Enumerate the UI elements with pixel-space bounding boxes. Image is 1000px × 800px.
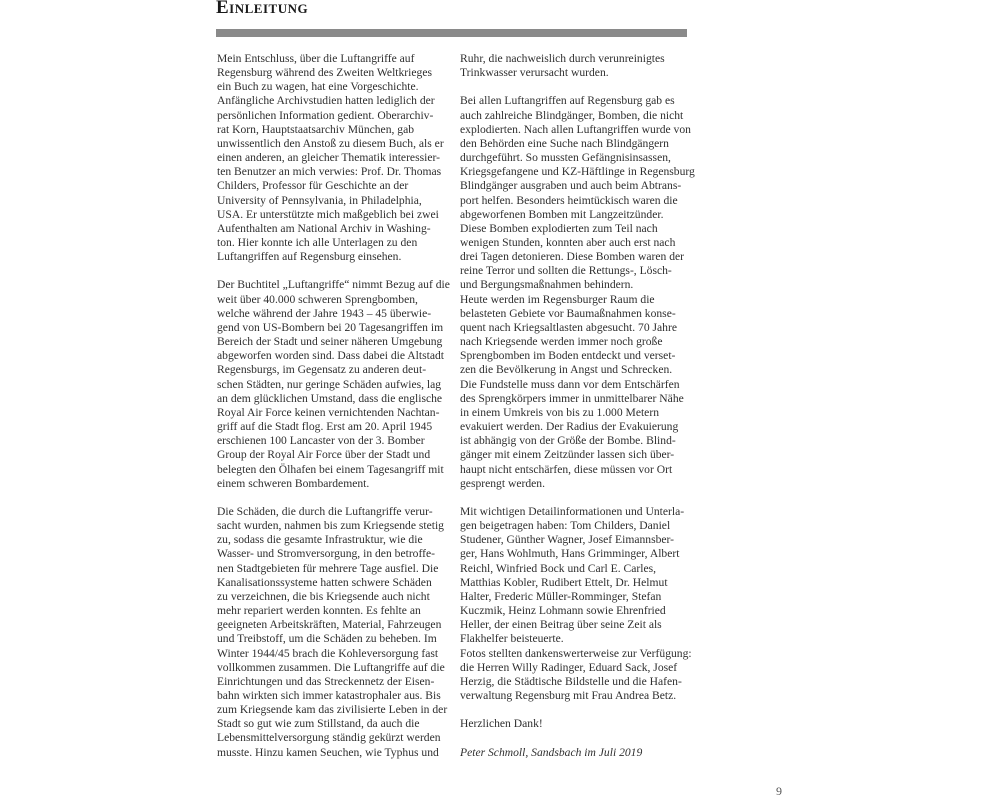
- text-line: und Bergungsmaßnahmen behindern.: [460, 278, 695, 292]
- text-line: Herzlichen Dank!: [460, 717, 695, 731]
- text-line: ist abhängig von der Größe der Bombe. Bl…: [460, 434, 695, 448]
- paragraph-intro: Mein Entschluss, über die Luftangriffe a…: [217, 52, 452, 264]
- text-line: durchgeführt. So mussten Gefängnisinsass…: [460, 151, 695, 165]
- text-line: an dem glücklichen Umstand, dass die eng…: [217, 392, 452, 406]
- text-line: drei Tagen detonieren. Diese Bomben ware…: [460, 250, 695, 264]
- text-line: Mein Entschluss, über die Luftangriffe a…: [217, 52, 452, 66]
- text-line: Anfängliche Archivstudien hatten ledigli…: [217, 94, 452, 108]
- right-column: Ruhr, die nachweislich durch verunreinig…: [460, 52, 695, 760]
- text-line: Heller, der einen Beitrag über seine Zei…: [460, 618, 695, 632]
- text-line: schen Städten, nur geringe Schäden aufwi…: [217, 378, 452, 392]
- text-line: Trinkwasser verursacht wurden.: [460, 66, 695, 80]
- text-line: geeigneten Arbeitskräften, Material, Fah…: [217, 618, 452, 632]
- text-line: gänger mit einem Zeitzünder lassen sich …: [460, 448, 695, 462]
- text-line: ger, Hans Wohlmuth, Hans Grimminger, Alb…: [460, 547, 695, 561]
- text-line: Einrichtungen und das Streckennetz der E…: [217, 675, 452, 689]
- paragraph-thanks: Herzlichen Dank!: [460, 717, 695, 731]
- text-line: rat Korn, Hauptstaatsarchiv München, gab: [217, 123, 452, 137]
- text-line: Ruhr, die nachweislich durch verunreinig…: [460, 52, 695, 66]
- paragraph-continuation: Ruhr, die nachweislich durch verunreinig…: [460, 52, 695, 80]
- text-line: Winter 1944/45 brach die Kohleversorgung…: [217, 647, 452, 661]
- text-line: gen beigetragen haben: Tom Childers, Dan…: [460, 519, 695, 533]
- paragraph-damages: Die Schäden, die durch die Luftangriffe …: [217, 505, 452, 760]
- text-line: belasteten Gebiete vor Baumaßnahmen kons…: [460, 307, 695, 321]
- paragraph-unexploded-bombs: Bei allen Luftangriffen auf Regensburg g…: [460, 94, 695, 490]
- text-line: evakuiert werden. Der Radius der Evakuie…: [460, 420, 695, 434]
- page-number: 9: [776, 784, 782, 799]
- text-line: Regensburg während des Zweiten Weltkrieg…: [217, 66, 452, 80]
- text-line: explodierten. Nach allen Luftangriffen w…: [460, 123, 695, 137]
- text-line: Fotos stellten dankenswerterweise zur Ve…: [460, 647, 695, 661]
- text-line: quent nach Kriegsaltlasten abgesucht. 70…: [460, 321, 695, 335]
- text-line: abgeworfen worden sind. Dass dabei die A…: [217, 349, 452, 363]
- text-line: Halter, Frederic Müller-Romminger, Stefa…: [460, 590, 695, 604]
- text-line: auch zahlreiche Blindgänger, Bomben, die…: [460, 109, 695, 123]
- text-line: Aufenthalten am National Archiv in Washi…: [217, 222, 452, 236]
- text-line: haupt nicht entschärfen, diese müssen vo…: [460, 463, 695, 477]
- text-line: verwaltung Regensburg mit Frau Andrea Be…: [460, 689, 695, 703]
- text-line: persönlichen Information gedient. Oberar…: [217, 109, 452, 123]
- text-line: University of Pennsylvania, in Philadelp…: [217, 194, 452, 208]
- text-line: zen die Bevölkerung in Angst und Schreck…: [460, 363, 695, 377]
- text-line: erschienen 100 Lancaster von der 3. Bomb…: [217, 434, 452, 448]
- text-line: Luftangriffen auf Regensburg einsehen.: [217, 250, 452, 264]
- text-line: nen Stadtgebieten für mehrere Tage ausfi…: [217, 562, 452, 576]
- text-line: in einem Umkreis von bis zu 1.000 Metern: [460, 406, 695, 420]
- text-line: zu, sodass die gesamte Infrastruktur, wi…: [217, 533, 452, 547]
- text-line: Heute werden im Regensburger Raum die: [460, 293, 695, 307]
- text-line: Childers, Professor für Geschichte an de…: [217, 179, 452, 193]
- text-line: Kanalisationssysteme hatten schwere Schä…: [217, 576, 452, 590]
- text-line: belegten den Ölhafen bei einem Tagesangr…: [217, 463, 452, 477]
- text-line: Flakhelfer beisteuerte.: [460, 632, 695, 646]
- author-signature: Peter Schmoll, Sandsbach im Juli 2019: [460, 746, 695, 760]
- text-line: USA. Er unterstützte mich maßgeblich bei…: [217, 208, 452, 222]
- text-line: gesprengt werden.: [460, 477, 695, 491]
- text-line: einem schweren Bombardement.: [217, 477, 452, 491]
- text-line: ton. Hier konnte ich alle Unterlagen zu …: [217, 236, 452, 250]
- text-line: Herzig, die Städtische Bildstelle und di…: [460, 675, 695, 689]
- text-line: musste. Hinzu kamen Seuchen, wie Typhus …: [217, 746, 452, 760]
- text-line: port helfen. Besonders heimtückisch ware…: [460, 194, 695, 208]
- text-line: gend von US-Bombern bei 20 Tagesangriffe…: [217, 321, 452, 335]
- text-line: Reichl, Winfried Bock und Carl E. Carles…: [460, 562, 695, 576]
- paragraph-book-title: Der Buchtitel „Luftangriffe“ nimmt Bezug…: [217, 278, 452, 490]
- chapter-title: Einleitung: [216, 0, 308, 19]
- text-line: nach Kriegsende werden immer noch große: [460, 335, 695, 349]
- text-line: zu verzeichnen, die bis Kriegsende auch …: [217, 590, 452, 604]
- text-line: Die Fundstelle muss dann vor dem Entschä…: [460, 378, 695, 392]
- text-line: vollkommen zusammen. Die Luftangriffe au…: [217, 661, 452, 675]
- text-line: Regensburgs, im Gegensatz zu anderen deu…: [217, 363, 452, 377]
- paragraph-acknowledgements: Mit wichtigen Detailinformationen und Un…: [460, 505, 695, 703]
- text-line: reine Terror und sollten die Rettungs-, …: [460, 264, 695, 278]
- text-line: die Herren Willy Radinger, Eduard Sack, …: [460, 661, 695, 675]
- text-line: ein Buch zu wagen, hat eine Vorgeschicht…: [217, 80, 452, 94]
- text-line: Die Schäden, die durch die Luftangriffe …: [217, 505, 452, 519]
- text-line: mehr repariert werden konnten. Es fehlte…: [217, 604, 452, 618]
- text-line: Der Buchtitel „Luftangriffe“ nimmt Bezug…: [217, 278, 452, 292]
- text-line: ten Benutzer an mich verwies: Prof. Dr. …: [217, 165, 452, 179]
- text-line: Royal Air Force keinen vernichtenden Nac…: [217, 406, 452, 420]
- text-line: Blindgänger ausgraben und auch beim Abtr…: [460, 179, 695, 193]
- text-line: den Behörden eine Suche nach Blindgänger…: [460, 137, 695, 151]
- text-line: wenigen Stunden, konnten aber auch erst …: [460, 236, 695, 250]
- text-line: Diese Bomben explodierten zum Teil nach: [460, 222, 695, 236]
- text-line: griff auf die Stadt flog. Erst am 20. Ap…: [217, 420, 452, 434]
- text-line: Mit wichtigen Detailinformationen und Un…: [460, 505, 695, 519]
- text-line: Group der Royal Air Force über der Stadt…: [217, 448, 452, 462]
- text-line: des Sprengkörpers immer in unmittelbarer…: [460, 392, 695, 406]
- title-rule: [216, 29, 687, 37]
- text-line: Bei allen Luftangriffen auf Regensburg g…: [460, 94, 695, 108]
- text-line: Studener, Günther Wagner, Josef Eimannsb…: [460, 533, 695, 547]
- text-line: weit über 40.000 schweren Sprengbomben,: [217, 293, 452, 307]
- text-line: bahn wirkten sich immer katastrophaler a…: [217, 689, 452, 703]
- text-line: zum Kriegsende kam das zivilisierte Lebe…: [217, 703, 452, 717]
- text-line: Matthias Kobler, Rudibert Ettelt, Dr. He…: [460, 576, 695, 590]
- text-line: Bereich der Stadt und seiner näheren Umg…: [217, 335, 452, 349]
- text-line: Wasser- und Stromversorgung, in den betr…: [217, 547, 452, 561]
- left-column: Mein Entschluss, über die Luftangriffe a…: [217, 52, 452, 774]
- text-line: Stadt so gut wie zum Stillstand, da auch…: [217, 717, 452, 731]
- text-line: abgeworfenen Bomben mit Langzeitzünder.: [460, 208, 695, 222]
- text-line: Lebensmittelversorgung ständig gekürzt w…: [217, 731, 452, 745]
- text-line: Sprengbomben im Boden entdeckt und verse…: [460, 349, 695, 363]
- text-line: Kuczmik, Heinz Lohmann sowie Ehrenfried: [460, 604, 695, 618]
- text-line: unwissentlich den Anstoß zu diesem Buch,…: [217, 137, 452, 151]
- text-line: welche während der Jahre 1943 – 45 überw…: [217, 307, 452, 321]
- text-line: sacht wurden, nahmen bis zum Kriegsende …: [217, 519, 452, 533]
- text-line: Kriegsgefangene und KZ-Häftlinge in Rege…: [460, 165, 695, 179]
- text-line: und Treibstoff, um die Schäden zu behebe…: [217, 632, 452, 646]
- text-line: einen anderen, an gleicher Thematik inte…: [217, 151, 452, 165]
